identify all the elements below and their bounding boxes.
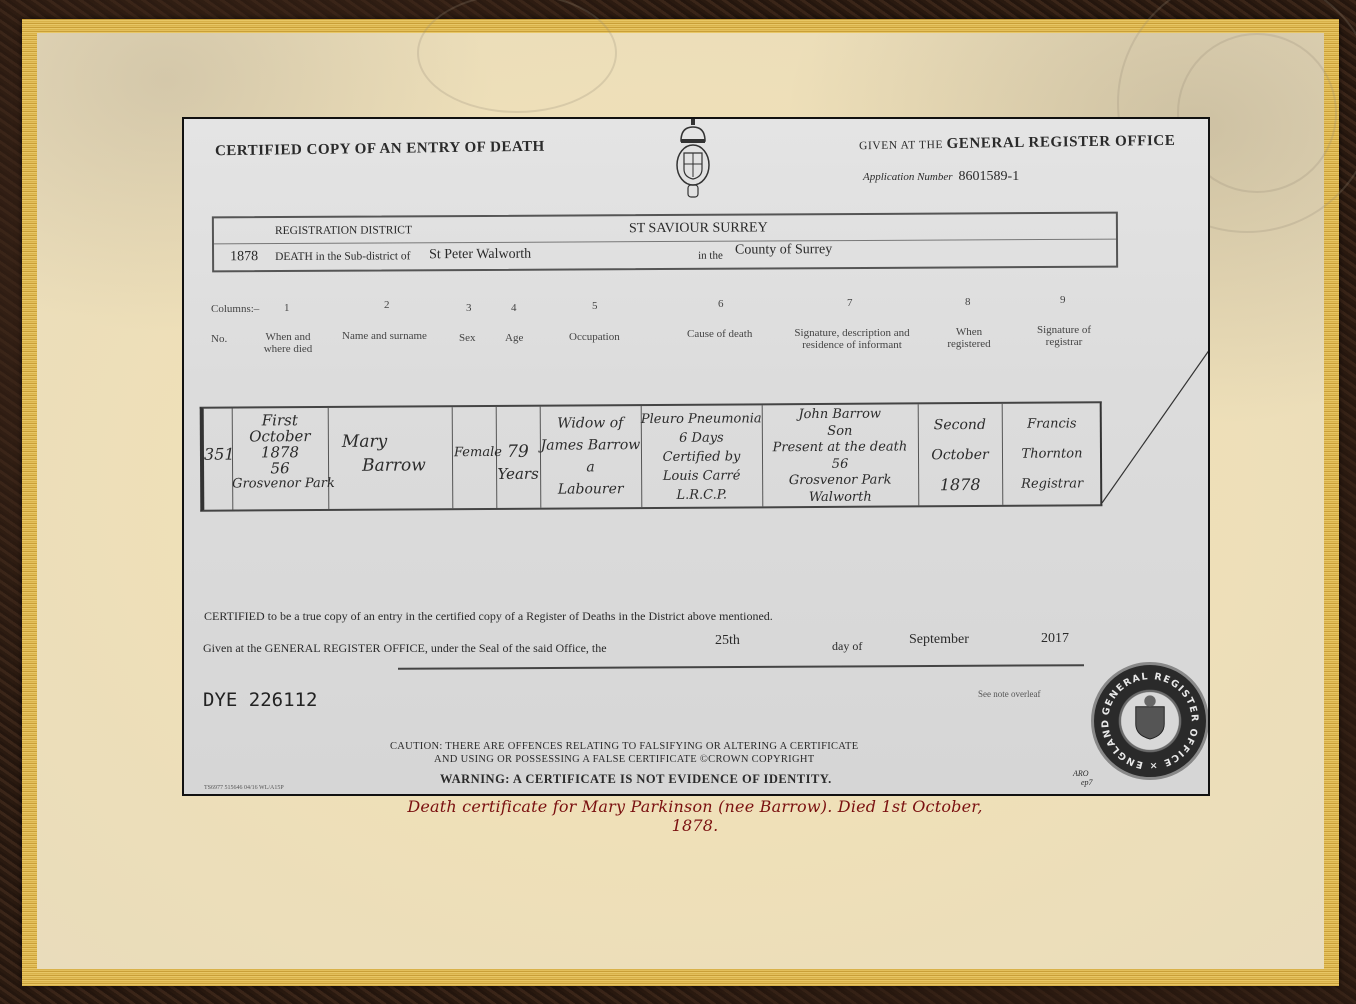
name-line: Barrow	[332, 453, 452, 478]
when-line: 56	[232, 460, 328, 477]
certificate-title: CERTIFIED COPY OF AN ENTRY OF DEATH	[215, 139, 545, 161]
informant-line: John Barrow	[762, 406, 918, 423]
name-surname: Mary Barrow	[332, 429, 452, 478]
cause-line: L.R.C.P.	[641, 485, 762, 505]
when-line: 1878	[232, 444, 328, 461]
occupation-line: a	[540, 456, 641, 479]
column-header-cause: Cause of death	[687, 328, 752, 340]
occupation-line: Labourer	[540, 478, 641, 501]
cause-line: Pleuro Pneumonia	[641, 409, 762, 429]
column-number: 8	[965, 296, 971, 308]
death-certificate: CERTIFIED COPY OF AN ENTRY OF DEATH GIVE…	[182, 117, 1210, 796]
informant-line: Grosvenor Park	[762, 472, 918, 489]
when-line: First	[232, 412, 328, 429]
name-line: Mary	[332, 429, 452, 454]
registrar-line: Francis	[1002, 409, 1102, 440]
caution-line: AND USING OR POSSESSING A FALSE CERTIFIC…	[390, 753, 858, 766]
cause-of-death: Pleuro Pneumonia 6 Days Certified by Lou…	[641, 409, 763, 505]
aro-line: ep7	[1073, 778, 1093, 787]
registration-year: 1878	[230, 249, 258, 265]
issue-year: 2017	[1041, 631, 1069, 647]
county: County of Surrey	[735, 242, 832, 259]
entry-row: 351 First October 1878 56 Grosvenor Park…	[200, 401, 1103, 512]
registrar-line: Thornton	[1002, 439, 1102, 470]
given-office: GENERAL REGISTER OFFICE	[946, 133, 1175, 152]
caution-notice: CAUTION: THERE ARE OFFENCES RELATING TO …	[390, 740, 858, 766]
application-value: 8601589-1	[959, 169, 1020, 184]
columns-label: Columns:–	[211, 303, 259, 315]
subdistrict-label: DEATH in the Sub-district of	[275, 250, 410, 263]
informant-line: Present at the death	[762, 439, 918, 456]
registered-line: 1878	[918, 470, 1002, 501]
application-number: Application Number8601589-1	[863, 169, 1019, 185]
occupation-line: Widow of	[540, 412, 641, 435]
application-label: Application Number	[863, 171, 953, 183]
column-number: 3	[466, 302, 472, 314]
informant-line: 56	[762, 456, 918, 473]
given-prefix: GIVEN AT THE	[859, 139, 943, 152]
given-at-statement: Given at the GENERAL REGISTER OFFICE, un…	[203, 641, 607, 656]
day-of-label: day of	[832, 639, 862, 654]
when-line: Grosvenor Park	[232, 476, 328, 493]
age-line: 79	[496, 441, 540, 463]
strike-line-icon	[1100, 347, 1210, 507]
caution-line: CAUTION: THERE ARE OFFENCES RELATING TO …	[390, 740, 858, 753]
column-header-informant: Signature, description and residence of …	[787, 327, 917, 351]
informant-line: Walworth	[762, 489, 918, 506]
ornament-icon	[417, 0, 617, 113]
serial-number: DYE 226112	[203, 689, 317, 711]
certified-statement: CERTIFIED to be a true copy of an entry …	[204, 609, 773, 624]
informant-line: Son	[762, 423, 918, 440]
column-header-age: Age	[505, 332, 523, 344]
registered-line: October	[918, 440, 1002, 471]
when-where-died: First October 1878 56 Grosvenor Park	[232, 412, 328, 493]
registered-line: Second	[918, 410, 1002, 441]
cause-line: Louis Carré	[641, 466, 762, 486]
when-registered-value: Second October 1878	[918, 410, 1003, 501]
informant: John Barrow Son Present at the death 56 …	[762, 406, 919, 506]
warning-notice: WARNING: A CERTIFICATE IS NOT EVIDENCE O…	[440, 772, 832, 787]
column-header-sex: Sex	[459, 332, 476, 344]
column-number: 5	[592, 300, 598, 312]
column-number: 7	[847, 297, 853, 309]
column-header-occupation: Occupation	[569, 331, 620, 343]
divider	[214, 239, 1116, 245]
registration-box: REGISTRATION DISTRICT ST SAVIOUR SURREY …	[212, 212, 1118, 273]
column-header-name: Name and surname	[342, 330, 427, 342]
column-header-when-where: When and where died	[258, 331, 318, 355]
column-header-no: No.	[211, 333, 227, 345]
column-number: 4	[511, 302, 517, 314]
registrar-signature: Francis Thornton Registrar	[1002, 409, 1103, 500]
occupation-line: James Barrow	[540, 434, 641, 457]
issue-month: September	[909, 632, 969, 648]
cause-line: 6 Days	[641, 428, 762, 448]
when-line: October	[232, 428, 328, 445]
general-register-office-seal-icon: GENERAL REGISTER OFFICE × ENGLAND ×	[1091, 662, 1209, 780]
county-label: in the	[698, 250, 723, 262]
column-number: 2	[384, 299, 390, 311]
given-at-office: GIVEN AT THE GENERAL REGISTER OFFICE	[859, 133, 1176, 154]
cause-line: Certified by	[641, 447, 762, 467]
registration-district: ST SAVIOUR SURREY	[629, 220, 768, 237]
certificate-caption: Death certificate for Mary Parkinson (ne…	[404, 797, 986, 835]
column-header-registrar: Signature of registrar	[1028, 324, 1100, 348]
aro-line: ARO	[1073, 769, 1093, 778]
column-header-when-registered: When registered	[941, 326, 997, 350]
aro-mark: ARO ep7	[1073, 769, 1093, 787]
issue-day: 25th	[715, 633, 740, 649]
column-number: 1	[284, 302, 290, 314]
sex-value: Female	[454, 445, 498, 461]
print-code: TS6977 515646 04/16 WL/A15P	[204, 785, 284, 791]
occupation-value: Widow of James Barrow a Labourer	[540, 412, 642, 501]
column-number: 6	[718, 298, 724, 310]
registrar-line: Registrar	[1002, 469, 1102, 500]
royal-crest-icon	[675, 119, 711, 201]
registration-district-label: REGISTRATION DISTRICT	[275, 224, 412, 237]
column-number: 9	[1060, 294, 1066, 306]
entry-number: 351	[204, 447, 232, 463]
subdistrict: St Peter Walworth	[429, 247, 531, 264]
see-note-overleaf: See note overleaf	[978, 689, 1040, 699]
age-line: Years	[496, 463, 540, 485]
signature-line	[398, 664, 1084, 670]
age-value: 79 Years	[496, 441, 540, 485]
